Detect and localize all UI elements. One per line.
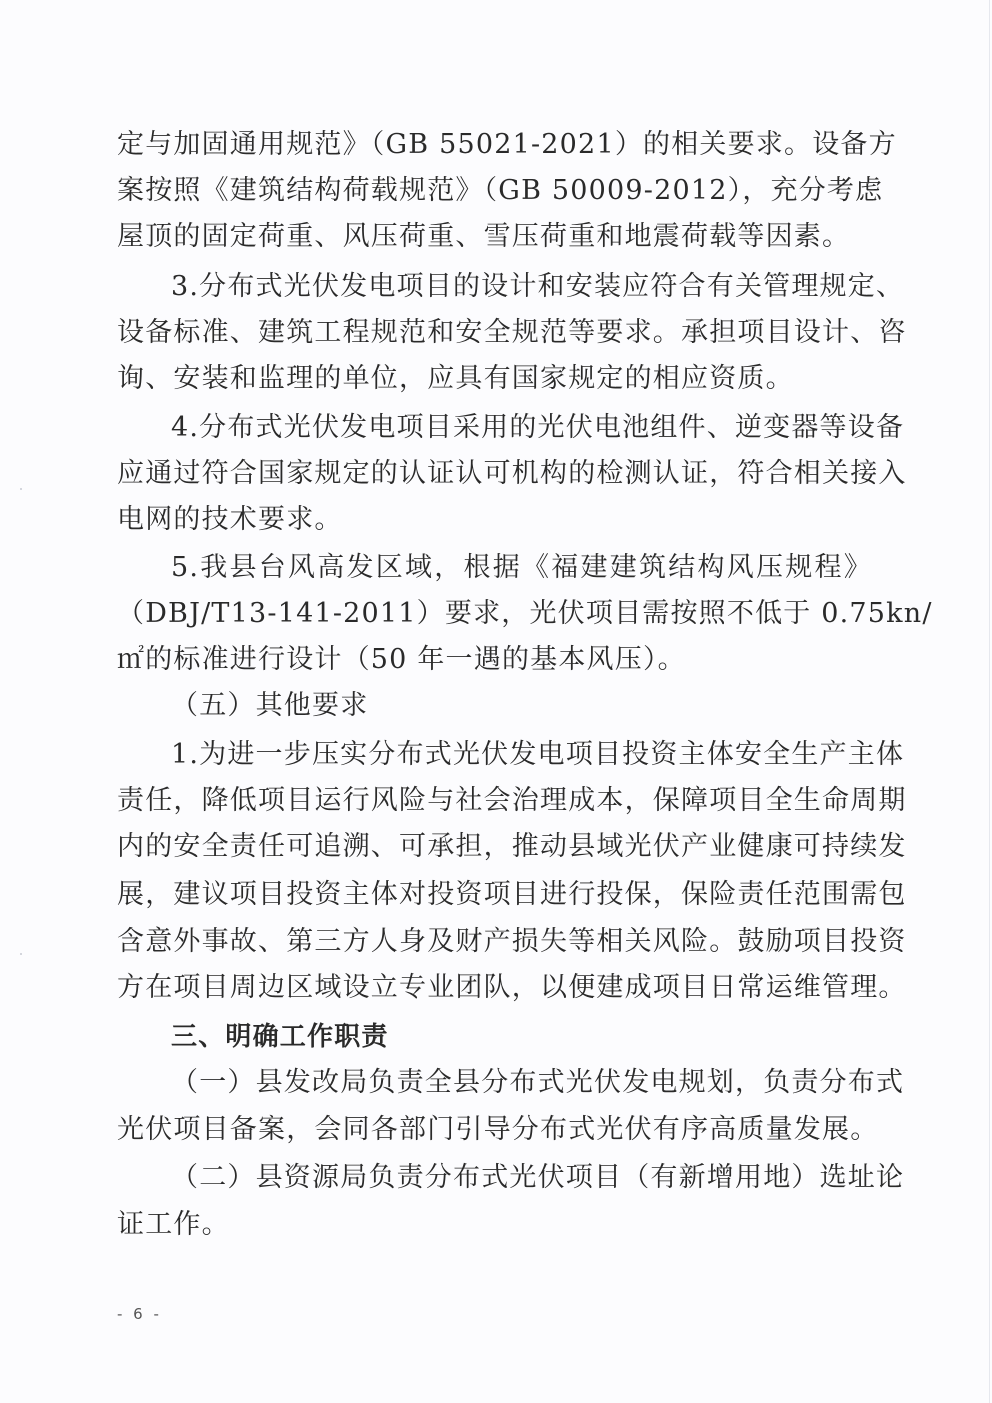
paragraph-line: 4.分布式光伏发电项目采用的光伏电池组件、逆变器等设备 [171,405,872,451]
paragraph-line: 3.分布式光伏发电项目的设计和安装应符合有关管理规定、 [171,264,872,310]
paragraph-line: 5.我县台风高发区域，根据《福建建筑结构风压规程》 [171,545,872,591]
paragraph-line: （一）县发改局负责全县分布式光伏发电规划，负责分布式 [171,1060,872,1106]
paragraph-line: ㎡的标准进行设计（50 年一遇的基本风压）。 [117,637,686,683]
paragraph-line: 责任，降低项目运行风险与社会治理成本，保障项目全生命周期 [117,778,872,824]
document-page: 定与加固通用规范》（GB 55021-2021）的相关要求。设备方 案按照《建筑… [0,0,992,1403]
paragraph-line: （二）县资源局负责分布式光伏项目（有新增用地）选址论 [171,1155,872,1201]
paragraph-line: 屋顶的固定荷重、风压荷重、雪压荷重和地震荷载等因素。 [117,214,850,260]
paragraph-line: （DBJ/T13-141-2011）要求，光伏项目需按照不低于 0.75kn/ [117,591,872,637]
paragraph-line: 方在项目周边区域设立专业团队，以便建成项目日常运维管理。 [117,965,872,1011]
paragraph-line: 证工作。 [117,1202,230,1248]
paragraph-line: 光伏项目备案，会同各部门引导分布式光伏有序高质量发展。 [117,1107,878,1153]
paragraph-line: 询、安装和监理的单位，应具有国家规定的相应资质。 [117,356,794,402]
paragraph-line: 定与加固通用规范》（GB 55021-2021）的相关要求。设备方 [117,122,872,168]
page-number: - 6 - [117,1305,162,1323]
scan-artifact [20,488,22,490]
section-heading: 三、明确工作职责 [171,1014,389,1060]
paragraph-line: 设备标准、建筑工程规范和安全规范等要求。承担项目设计、咨 [117,310,872,356]
paragraph-line: 电网的技术要求。 [117,497,343,543]
paragraph-line: 1.为进一步压实分布式光伏发电项目投资主体安全生产主体 [171,732,872,778]
paragraph-line: 含意外事故、第三方人身及财产损失等相关风险。鼓励项目投资 [117,919,872,965]
scan-edge [989,0,990,1403]
paragraph-line: 应通过符合国家规定的认证认可机构的检测认证，符合相关接入 [117,451,872,497]
paragraph-line: 案按照《建筑结构荷载规范》（GB 50009-2012），充分考虑 [117,168,872,214]
scan-artifact [20,953,22,955]
paragraph-line: 展，建议项目投资主体对投资项目进行投保，保险责任范围需包 [117,872,872,918]
subsection-heading: （五）其他要求 [171,683,368,729]
paragraph-line: 内的安全责任可追溯、可承担，推动县域光伏产业健康可持续发 [117,824,872,870]
